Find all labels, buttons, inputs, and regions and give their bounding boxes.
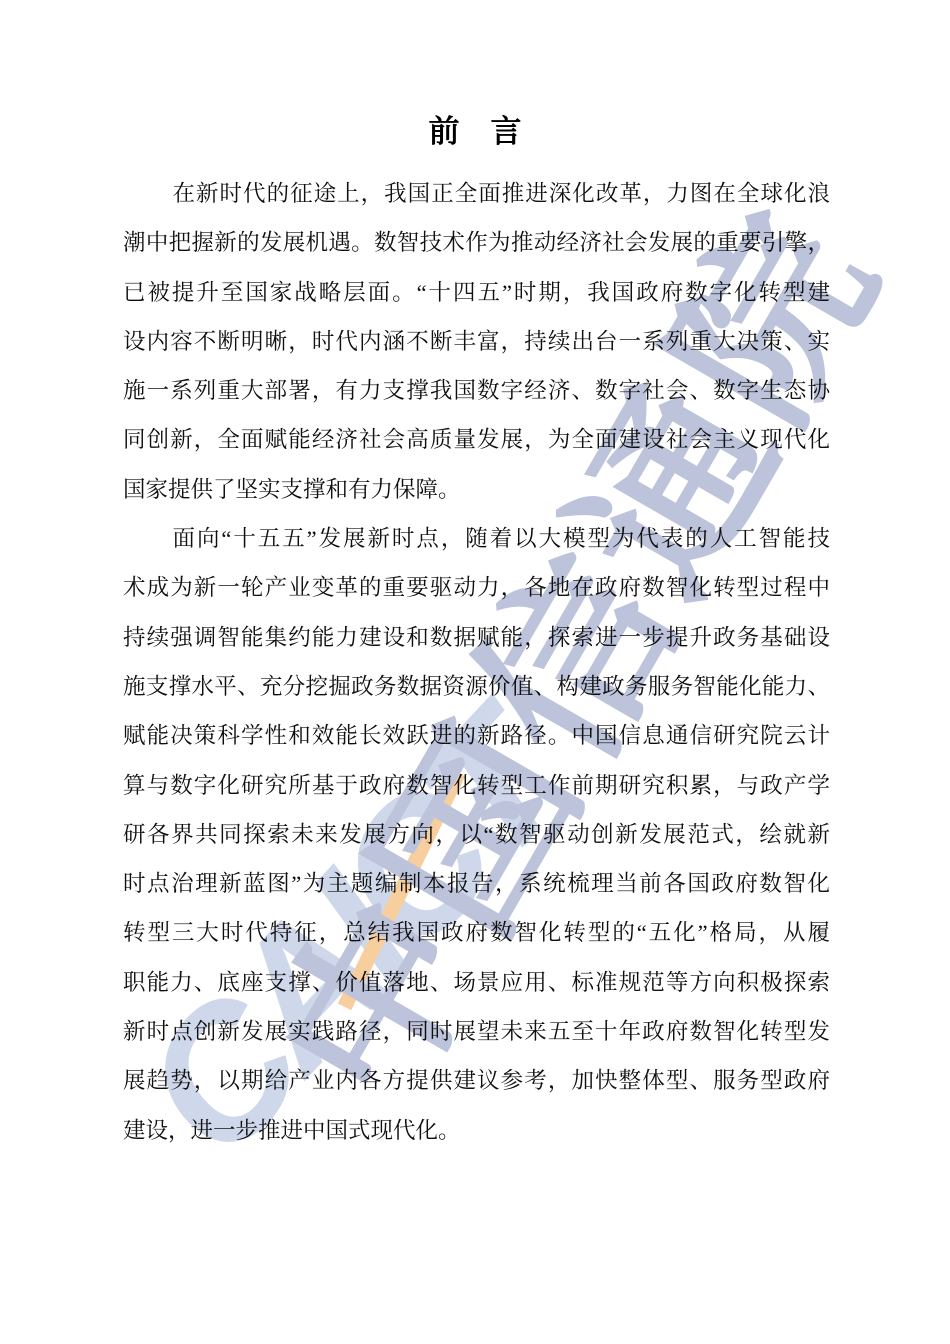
text-line: 职能力、底座支撑、价值落地、场景应用、标准规范等方向积极探索 [123,958,830,1007]
page-title: 前 言 [0,112,950,152]
text-line: 持续强调智能集约能力建设和数据赋能，探索进一步提升政务基础设 [123,613,830,662]
preface-body: 在新时代的征途上，我国正全面推进深化改革，力图在全球化浪潮中把握新的发展机遇。数… [123,169,830,1155]
document-page: CAICT 中国信通院 前 言 在新时代的征途上，我国正全面推进深化改革，力图在… [0,0,950,1344]
text-line: 面向“十五五”发展新时点，随着以大模型为代表的人工智能技 [123,514,830,563]
text-line: 同创新，全面赋能经济社会高质量发展，为全面建设社会主义现代化 [123,415,830,464]
text-line: 赋能决策科学性和效能长效跃进的新路径。中国信息通信研究院云计 [123,711,830,760]
text-line: 施一系列重大部署，有力支撑我国数字经济、数字社会、数字生态协 [123,366,830,415]
text-line: 转型三大时代特征，总结我国政府数智化转型的“五化”格局，从履 [123,908,830,957]
text-line: 研各界共同探索未来发展方向，以“数智驱动创新发展范式，绘就新 [123,810,830,859]
text-line: 术成为新一轮产业变革的重要驱动力，各地在政府数智化转型过程中 [123,563,830,612]
paragraph: 在新时代的征途上，我国正全面推进深化改革，力图在全球化浪潮中把握新的发展机遇。数… [123,169,830,514]
text-line: 已被提升至国家战略层面。“十四五”时期，我国政府数字化转型建 [123,268,830,317]
paragraph: 面向“十五五”发展新时点，随着以大模型为代表的人工智能技术成为新一轮产业变革的重… [123,514,830,1155]
text-line: 展趋势，以期给产业内各方提供建议参考，加快整体型、服务型政府 [123,1056,830,1105]
text-line: 时点治理新蓝图”为主题编制本报告，系统梳理当前各国政府数智化 [123,859,830,908]
text-line: 国家提供了坚实支撑和有力保障。 [123,465,830,514]
text-line: 施支撑水平、充分挖掘政务数据资源价值、构建政务服务智能化能力、 [123,662,830,711]
page-content: 前 言 在新时代的征途上，我国正全面推进深化改革，力图在全球化浪潮中把握新的发展… [0,0,950,1344]
text-line: 算与数字化研究所基于政府数智化转型工作前期研究积累，与政产学 [123,761,830,810]
text-line: 潮中把握新的发展机遇。数智技术作为推动经济社会发展的重要引擎， [123,218,830,267]
text-line: 设内容不断明晰，时代内涵不断丰富，持续出台一系列重大决策、实 [123,317,830,366]
text-line: 新时点创新发展实践路径，同时展望未来五至十年政府数智化转型发 [123,1007,830,1056]
text-line: 在新时代的征途上，我国正全面推进深化改革，力图在全球化浪 [123,169,830,218]
text-line: 建设，进一步推进中国式现代化。 [123,1106,830,1155]
